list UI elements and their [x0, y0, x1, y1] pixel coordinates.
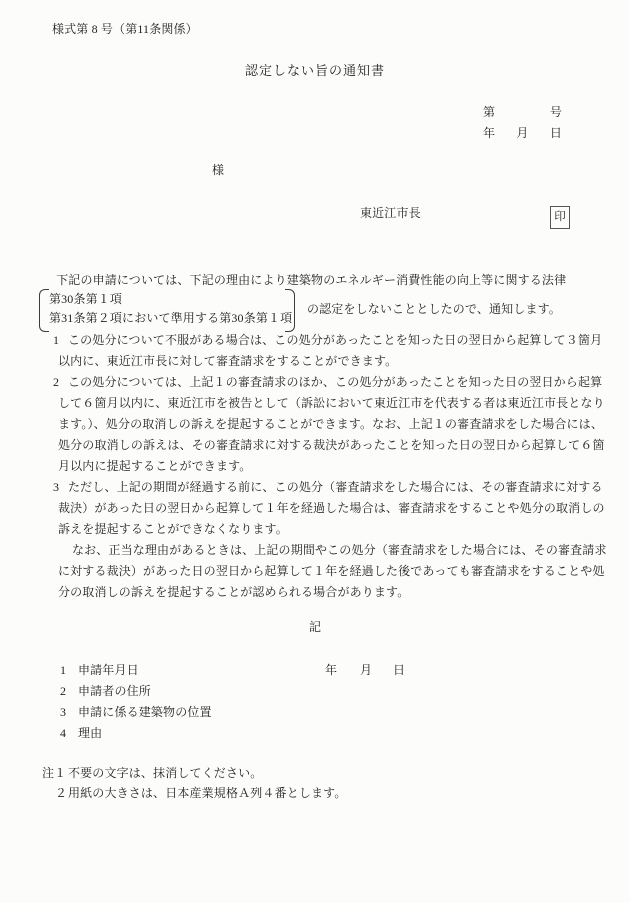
law-clause-option-1: 第30条第１項 — [49, 292, 122, 306]
document-page: 様式第 8 号（第11条関係） 認定しない旨の通知書 第 号 年 月 日 様 東… — [0, 0, 630, 903]
item-3-line-1: ただし、上記の期間が経過する前に、この処分（審査請求をした場合には、その審査請求… — [58, 477, 605, 498]
doc-number-suffix: 号 — [550, 105, 562, 119]
form-number-label: 様式第 8 号（第11条関係） — [52, 22, 198, 36]
application-date-day-label: 日 — [393, 663, 405, 677]
date-month-label: 月 — [516, 126, 528, 140]
item-2-line-4: 処分の取消しの訴えは、その審査請求に対する裁決があったことを知った日の翌日から起… — [58, 435, 605, 456]
application-date-month-label: 月 — [360, 663, 372, 677]
footnote-2-label: ２ — [55, 786, 67, 800]
ki-item-2-number: 2 — [60, 684, 66, 698]
ki-item-2-label: 申請者の住所 — [78, 684, 151, 698]
item-2-number: 2 — [53, 372, 59, 393]
law-clause-bracket-left — [39, 289, 49, 332]
item-3-note-line-1: なお、正当な理由があるときは、上記の期間やこの処分（審査請求をした場合には、その… — [58, 540, 606, 561]
item-2-line-5: 月以内に提起することができます。 — [58, 456, 605, 477]
item-2-line-3: ます。）、処分の取消しの訴えを提起することができます。なお、上記１の審査請求をし… — [58, 414, 605, 435]
law-clause-bracket-right — [285, 289, 295, 332]
seal-label: 印 — [554, 211, 566, 223]
ki-item-4-number: 4 — [60, 726, 66, 740]
date-year-label: 年 — [483, 126, 495, 140]
appeal-item-3-supplement: なお、正当な理由があるときは、上記の期間やこの処分（審査請求をした場合には、その… — [58, 540, 606, 603]
law-clause-option-2: 第31条第２項において準用する第30条第１項 — [49, 311, 292, 325]
footnote-2-text: 用紙の大きさは、日本産業規格Ａ列４番とします。 — [68, 786, 347, 800]
item-2-line-1: この処分については、上記１の審査請求のほか、この処分があったことを知った日の翌日… — [58, 372, 605, 393]
ki-heading: 記 — [0, 620, 630, 634]
item-2-line-2: して６箇月以内に、東近江市を被告として（訴訟において東近江市を代表する者は東近江… — [58, 393, 605, 414]
item-2-text: この処分については、上記１の審査請求のほか、この処分があったことを知った日の翌日… — [58, 372, 605, 477]
seal-box: 印 — [550, 206, 570, 229]
addressee-honorific: 様 — [212, 163, 224, 177]
appeal-item-1: 1 この処分について不服がある場合は、この処分があったことを知った日の翌日から起… — [53, 330, 605, 372]
appeal-item-3: 3 ただし、上記の期間が経過する前に、この処分（審査請求をした場合には、その審査… — [53, 477, 605, 540]
doc-number-line: 第 号 — [483, 105, 562, 119]
item-1-number: 1 — [53, 330, 59, 351]
item-1-text: この処分について不服がある場合は、この処分があったことを知った日の翌日から起算し… — [58, 330, 605, 372]
footnote-1-label: 注１ — [42, 766, 66, 780]
ki-item-3-number: 3 — [60, 705, 66, 719]
ki-item-4-label: 理由 — [78, 726, 102, 740]
item-3-note-line-2: に対する裁決）があった日の翌日から起算して１年を経過した後であっても審査請求をす… — [58, 561, 606, 582]
application-date-year-label: 年 — [325, 663, 337, 677]
notice-statement: の認定をしないこととしたので、通知します。 — [307, 302, 561, 316]
issuer-name: 東近江市長 — [360, 206, 421, 220]
footnote-1-text: 不要の文字は、抹消してください。 — [68, 766, 262, 780]
item-1-line-2: 以内に、東近江市長に対して審査請求をすることができます。 — [58, 351, 605, 372]
issue-date-line: 年 月 日 — [483, 126, 562, 140]
doc-number-prefix: 第 — [483, 105, 495, 119]
ki-item-1-number: 1 — [60, 663, 66, 677]
item-3-number: 3 — [53, 477, 59, 498]
ki-item-building-location: 3 申請に係る建築物の位置 — [60, 705, 66, 719]
ki-item-application-date: 1 申請年月日 — [60, 663, 66, 677]
item-3-note-line-3: 分の取消しの訴えを提起することが認められる場合があります。 — [58, 582, 606, 603]
intro-paragraph: 下記の申請については、下記の理由により建築物のエネルギー消費性能の向上等に関する… — [44, 273, 566, 287]
item-3-line-2: 裁決）があった日の翌日から起算して１年を経過した場合は、審査請求をすることや処分… — [58, 498, 605, 519]
ki-item-applicant-address: 2 申請者の住所 — [60, 684, 66, 698]
ki-item-1-label: 申請年月日 — [78, 663, 139, 677]
date-day-label: 日 — [550, 126, 562, 140]
ki-item-reason: 4 理由 — [60, 726, 66, 740]
document-title: 認定しない旨の通知書 — [0, 64, 630, 78]
item-3-line-3: 訴えを提起することができなくなります。 — [58, 519, 605, 540]
ki-item-3-label: 申請に係る建築物の位置 — [78, 705, 212, 719]
item-3-text: ただし、上記の期間が経過する前に、この処分（審査請求をした場合には、その審査請求… — [58, 477, 605, 540]
item-1-line-1: この処分について不服がある場合は、この処分があったことを知った日の翌日から起算し… — [58, 330, 605, 351]
appeal-item-2: 2 この処分については、上記１の審査請求のほか、この処分があったことを知った日の… — [53, 372, 605, 477]
